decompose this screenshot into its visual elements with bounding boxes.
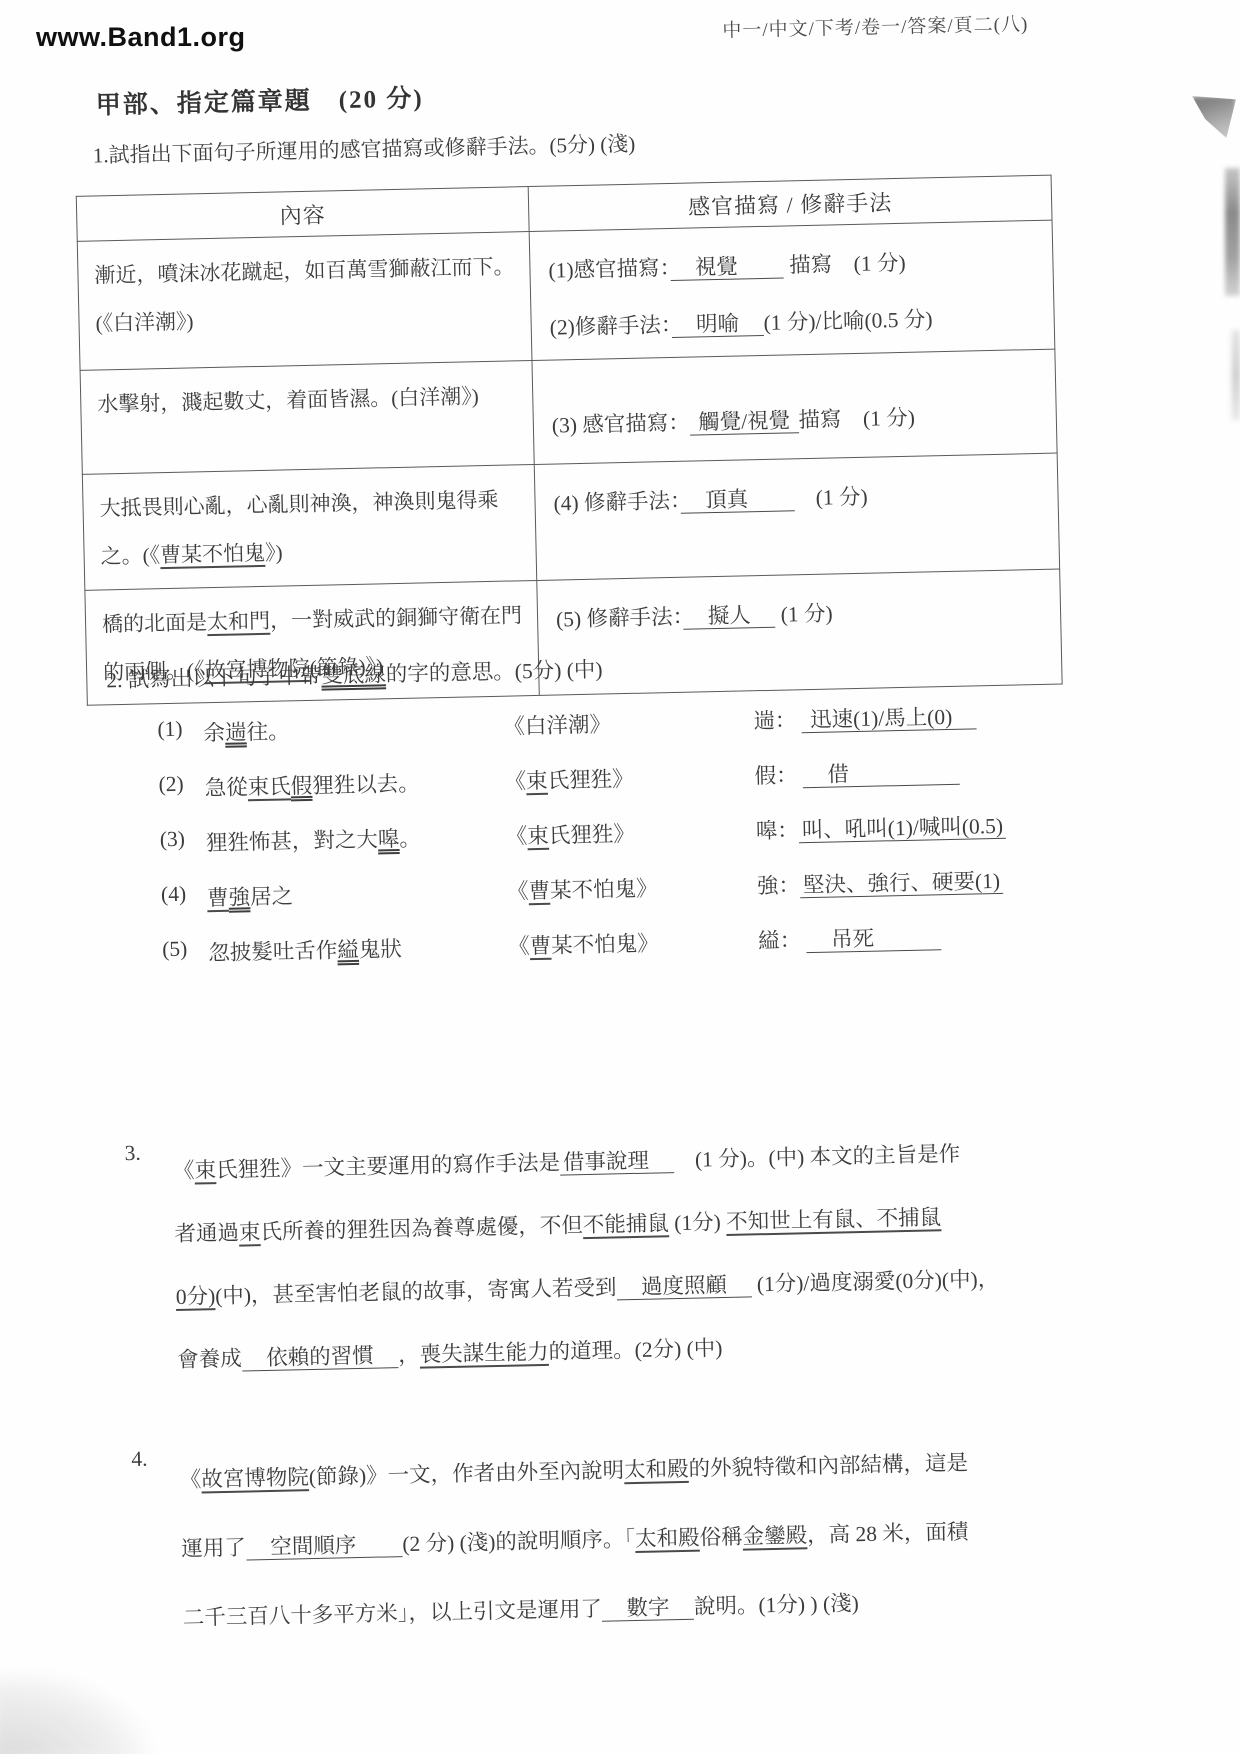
question-2: 2. 試寫出以下句子中帶雙底線的字的意思。(5分) (中) (1) 余遄往。 《… <box>90 640 1167 993</box>
row3-answers: (4) 修辭手法： 頂真 (1 分) <box>534 453 1059 580</box>
document-reference: 中一/中文/下考/卷一/答案/頁二(八) <box>722 9 1029 43</box>
answer-line: (4) 修辭手法： 頂真 (1 分) <box>553 476 1050 518</box>
exam-sheet: 中一/中文/下考/卷一/答案/頁二(八) 甲部、指定篇章題 (20 分) 1.試… <box>0 0 1240 1754</box>
answer-line: (2)修辭手法： 明喻 (1 分)/比喻(0.5 分) <box>549 300 1046 342</box>
row3-content: 大抵畏則心亂，心亂則神渙，神渙則鬼得乘之。(《曹某不怕鬼》) <box>82 464 536 589</box>
table-row: 大抵畏則心亂，心亂則神渙，神渙則鬼得乘之。(《曹某不怕鬼》) (4) 修辭手法：… <box>82 453 1059 590</box>
item-number: (1) <box>157 716 204 742</box>
row2-content: 水擊射，濺起數丈，着面皆濕。(白洋潮》) <box>80 361 534 475</box>
section-title: 甲部、指定篇章題 (20 分) <box>95 78 424 121</box>
row1-content: 漸近，噴沫冰花蹴起，如百萬雪獅蔽江而下。(《白洋潮》) <box>77 232 532 371</box>
row1-answers: (1)感官描寫： 視覺 描寫 (1 分) (2)修辭手法： 明喻 (1 分)/比… <box>529 220 1055 360</box>
answer-line: (5) 修辭手法： 擬人 (1 分) <box>556 591 1053 633</box>
item-source: 《曹某不怕鬼》 <box>507 869 758 905</box>
item-source: 《白洋潮》 <box>503 704 754 740</box>
q3-paragraph: 《束氏狸狌》一文主要運用的寫作手法是借事說理 (1 分)。(中) 本文的主旨是作… <box>172 1118 1204 1392</box>
item-sentence: 曹強居之 <box>207 875 508 913</box>
item-number: (4) <box>161 881 208 907</box>
item-source: 《束氏狸狌》 <box>505 814 756 850</box>
question-number: 3. <box>124 1140 177 1393</box>
scan-shadow-right-edge-2 <box>1232 330 1240 420</box>
scan-shadow-right-edge <box>1225 168 1240 296</box>
row2-answers: (3) 感官描寫： 觸覺/視覺 描寫 (1 分) <box>532 349 1057 464</box>
item-number: (2) <box>158 771 205 797</box>
item-source: 《束氏狸狌》 <box>504 759 755 795</box>
q4-paragraph: 《故宮博物院(節錄)》一文，作者由外至內說明太和殿的外貌特徵和內部結構，這是運用… <box>179 1424 1210 1653</box>
q2-items: (1) 余遄往。 《白洋潮》 遄： 迅速(1)/馬上(0) (2) 急從束氏假狸… <box>91 695 1167 993</box>
item-number: (5) <box>162 936 209 962</box>
q1-prompt: 1.試指出下面句子所運用的感官描寫或修辭手法。(5分) (淺) <box>93 128 636 170</box>
item-sentence: 余遄往。 <box>203 710 504 748</box>
item-answer: 遄： 迅速(1)/馬上(0) <box>753 695 1162 735</box>
item-source: 《曹某不怕鬼》 <box>508 924 759 960</box>
question-4: 4. 《故宮博物院(節錄)》一文，作者由外至內說明太和殿的外貌特徵和內部結構，這… <box>131 1424 1210 1654</box>
answer-line: (1)感官描寫： 視覺 描寫 (1 分) <box>548 243 1045 285</box>
item-sentence: 忽披髮吐舌作縊鬼狀 <box>208 930 509 968</box>
item-sentence: 狸狌怖甚，對之大嗥。 <box>206 820 507 858</box>
table-row: 漸近，噴沫冰花蹴起，如百萬雪獅蔽江而下。(《白洋潮》) (1)感官描寫： 視覺 … <box>77 220 1055 370</box>
scanned-page: www.Band1.org 中一/中文/下考/卷一/答案/頁二(八) 甲部、指定… <box>0 0 1240 1754</box>
item-sentence: 急從束氏假狸狌以去。 <box>204 765 505 803</box>
answer-line: (3) 感官描寫： 觸覺/視覺 描寫 (1 分) <box>552 398 1049 440</box>
question-number: 4. <box>131 1446 184 1654</box>
item-number: (3) <box>160 826 207 852</box>
q1-answer-table: 內容 感官描寫 / 修辭手法 漸近，噴沫冰花蹴起，如百萬雪獅蔽江而下。(《白洋潮… <box>76 175 1063 706</box>
question-3: 3. 《束氏狸狌》一文主要運用的寫作手法是借事說理 (1 分)。(中) 本文的主… <box>124 1118 1204 1393</box>
